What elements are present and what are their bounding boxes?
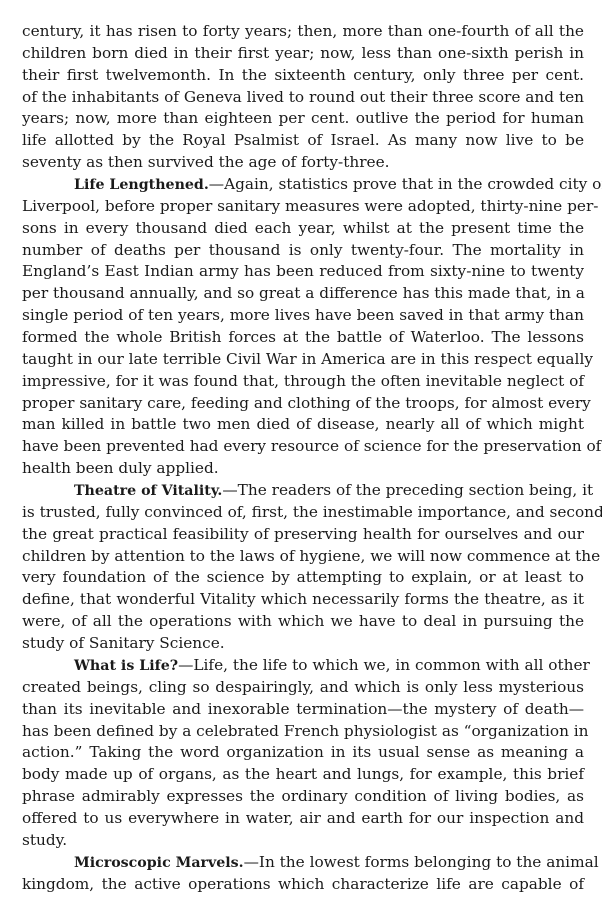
text-line: per thousand annually, and so great a di… xyxy=(22,283,584,305)
text-line: phrase admirably expresses the ordinary … xyxy=(22,786,584,808)
paragraph-continuation: century, it has risen to forty years; th… xyxy=(22,21,584,174)
text-line: Theatre of Vitality.—The readers of the … xyxy=(22,480,584,502)
text-line: proper sanitary care, feeding and clothi… xyxy=(22,393,584,415)
text-line: children by attention to the laws of hyg… xyxy=(22,546,584,568)
text-line: seventy as then survived the age of fort… xyxy=(22,152,584,174)
text-line: Life Lengthened.—Again, statistics prove… xyxy=(22,174,584,196)
text-line: define, that wonderful Vitality which ne… xyxy=(22,589,584,611)
text-line: What is Life?—Life, the life to which we… xyxy=(22,655,584,677)
text-line: single period of ten years, more lives h… xyxy=(22,305,584,327)
text-line: body made up of organs, as the heart and… xyxy=(22,764,584,786)
text-line: number of deaths per thousand is only tw… xyxy=(22,240,584,262)
text-line: years; now, more than eighteen per cent.… xyxy=(22,108,584,130)
text-line: sons in every thousand died each year, w… xyxy=(22,218,584,240)
text-line: England’s East Indian army has been redu… xyxy=(22,261,584,283)
paragraph-microscopic-marvels: Microscopic Marvels.—In the lowest forms… xyxy=(22,852,584,896)
section-heading: Theatre of Vitality. xyxy=(74,483,222,499)
text-line: offered to us everywhere in water, air a… xyxy=(22,808,584,830)
document-page: century, it has risen to forty years; th… xyxy=(22,21,584,895)
text-line: the great practical feasibility of prese… xyxy=(22,524,584,546)
text-line: has been defined by a celebrated French … xyxy=(22,721,584,743)
text-line: very foundation of the science by attemp… xyxy=(22,567,584,589)
text-line: life allotted by the Royal Psalmist of I… xyxy=(22,130,584,152)
text-line: children born died in their first year; … xyxy=(22,43,584,65)
text-line: created beings, cling so despairingly, a… xyxy=(22,677,584,699)
text-line: health been duly applied. xyxy=(22,458,584,480)
text-line: of the inhabitants of Geneva lived to ro… xyxy=(22,87,584,109)
section-heading: What is Life? xyxy=(74,658,178,674)
paragraph-what-is-life: What is Life?—Life, the life to which we… xyxy=(22,655,584,852)
text-line: than its inevitable and inexorable termi… xyxy=(22,699,584,721)
text-line: have been prevented had every resource o… xyxy=(22,436,584,458)
text-line: were, of all the operations with which w… xyxy=(22,611,584,633)
paragraph-life-lengthened: Life Lengthened.—Again, statistics prove… xyxy=(22,174,584,480)
text-line: Liverpool, before proper sanitary measur… xyxy=(22,196,584,218)
text-line: man killed in battle two men died of dis… xyxy=(22,414,584,436)
text-line: action.” Taking the word organization in… xyxy=(22,742,584,764)
text-line: impressive, for it was found that, throu… xyxy=(22,371,584,393)
paragraph-theatre-of-vitality: Theatre of Vitality.—The readers of the … xyxy=(22,480,584,655)
section-heading: Life Lengthened. xyxy=(74,177,209,193)
text-line: kingdom, the active operations which cha… xyxy=(22,874,584,896)
text-line: study. xyxy=(22,830,584,852)
text-line: is trusted, fully convinced of, first, t… xyxy=(22,502,584,524)
text-line: taught in our late terrible Civil War in… xyxy=(22,349,584,371)
text-line: study of Sanitary Science. xyxy=(22,633,584,655)
text-line: Microscopic Marvels.—In the lowest forms… xyxy=(22,852,584,874)
text-line: century, it has risen to forty years; th… xyxy=(22,21,584,43)
section-heading: Microscopic Marvels. xyxy=(74,855,244,871)
text-line: formed the whole British forces at the b… xyxy=(22,327,584,349)
text-line: their first twelvemonth. In the sixteent… xyxy=(22,65,584,87)
